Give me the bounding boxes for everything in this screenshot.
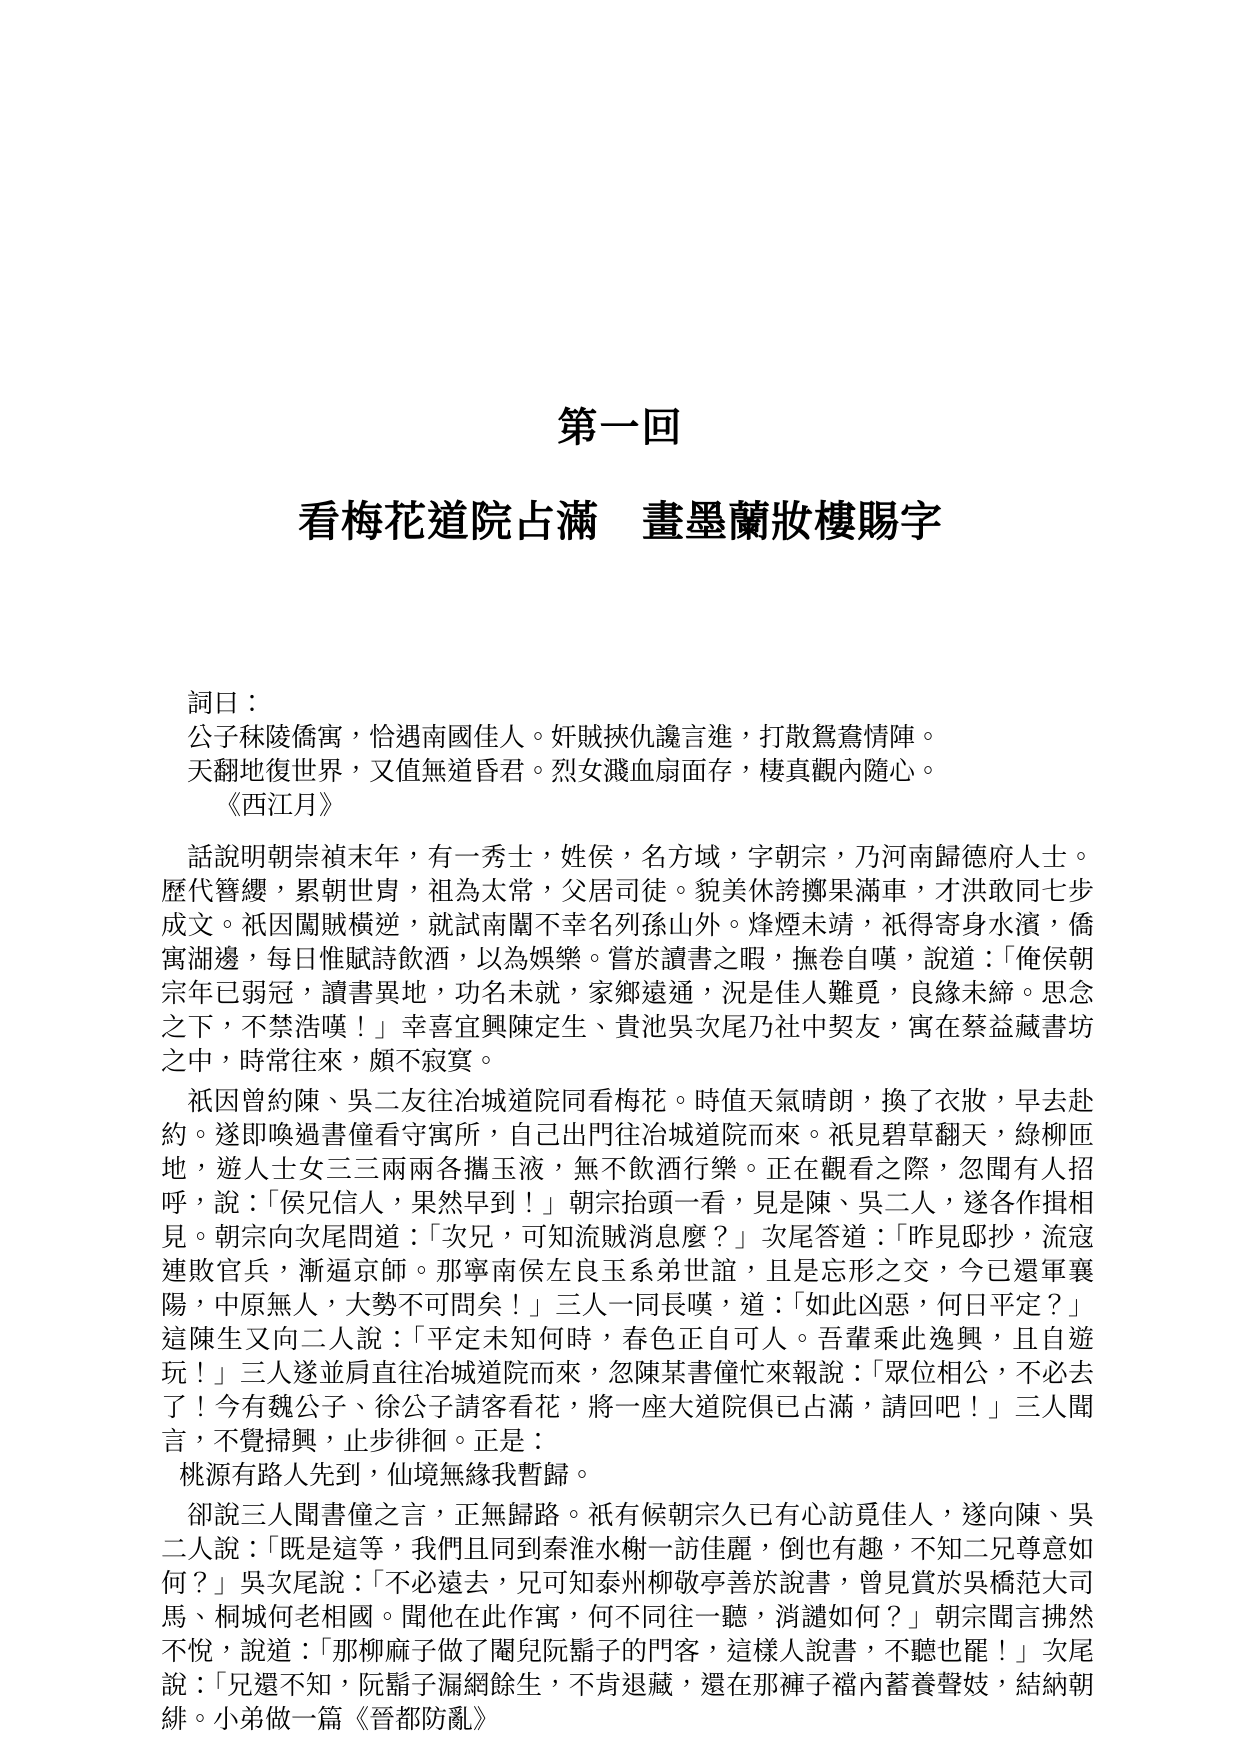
verse-line-1: 公子秣陵僑寓，恰遇南國佳人。奸賊挾仇讒言進，打散鴛鴦情陣。: [187, 721, 1094, 755]
verse-line-2: 天翻地復世界，又值無道昏君。烈女濺血扇面存，棲真觀內隨心。: [187, 755, 1094, 789]
chapter-title: 看梅花道院占滿 畫墨蘭妝樓賜字: [0, 489, 1241, 549]
chapter-number: 第一回: [0, 0, 1241, 453]
paragraph-3: 卻說三人聞書僮之言，正無歸路。祇有候朝宗久已有心訪覓佳人，遂向陳、吳二人說：「既…: [161, 1499, 1094, 1737]
tune-name: 《西江月》: [215, 789, 1094, 823]
couplet-line: 桃源有路人先到，仙境無緣我暫歸。: [179, 1459, 1094, 1493]
paragraph-2: 祇因曾約陳、吳二友往冶城道院同看梅花。時值天氣晴朗，換了衣妝，早去赴約。遂即喚過…: [161, 1085, 1094, 1459]
document-page: 第一回 看梅花道院占滿 畫墨蘭妝樓賜字 詞曰： 公子秣陵僑寓，恰遇南國佳人。奸賊…: [0, 0, 1241, 1755]
body-text: 詞曰： 公子秣陵僑寓，恰遇南國佳人。奸賊挾仇讒言進，打散鴛鴦情陣。 天翻地復世界…: [161, 687, 1094, 1737]
paragraph-1: 話說明朝崇禎末年，有一秀士，姓侯，名方域，字朝宗，乃河南歸德府人士。歷代簪纓，累…: [161, 841, 1094, 1079]
verse-label: 詞曰：: [187, 687, 1094, 721]
